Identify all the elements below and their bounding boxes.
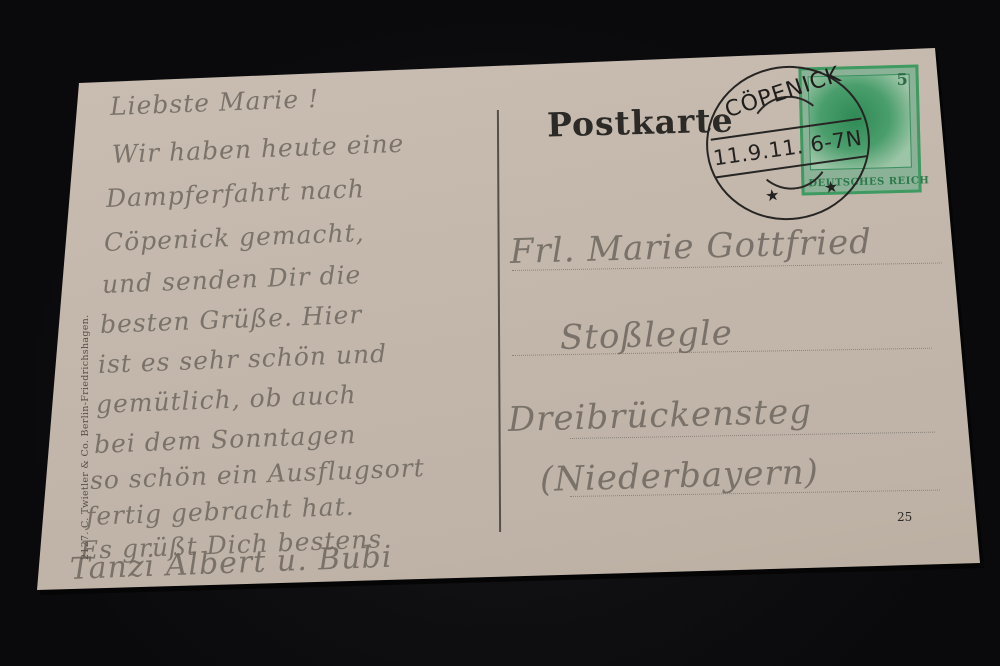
card-number: 25	[897, 510, 912, 524]
message-line: gemütlich, ob auch	[95, 380, 357, 419]
publisher-imprint: 2127. C. Twietler & Co. Berlin-Friedrich…	[80, 315, 91, 560]
message-line: Cöpenick gemacht,	[103, 218, 365, 257]
address-line: (Niederbayern)	[539, 452, 819, 500]
message-line: besten Grüße. Hier	[99, 300, 362, 339]
stamp-value: 5	[896, 70, 908, 89]
message-line: so schön ein Ausflugsort	[89, 453, 425, 495]
message-line: bei dem Sonntagen	[93, 420, 356, 459]
address-line: Stoßlegle	[559, 313, 733, 358]
message-line: Wir haben heute eine	[111, 129, 404, 169]
message-line: ist es sehr schön und	[97, 339, 387, 379]
message-line: Liebste Marie !	[109, 84, 319, 121]
address-line: Dreibrückensteg	[507, 392, 812, 440]
divider-line	[497, 110, 501, 532]
postcard: Liebste Marie ! Wir haben heute eine Dam…	[0, 0, 1000, 666]
message-line: fertig gebracht hat.	[85, 492, 355, 531]
message-line: Dampferfahrt nach	[105, 174, 365, 213]
message-line: und senden Dir die	[101, 260, 361, 299]
